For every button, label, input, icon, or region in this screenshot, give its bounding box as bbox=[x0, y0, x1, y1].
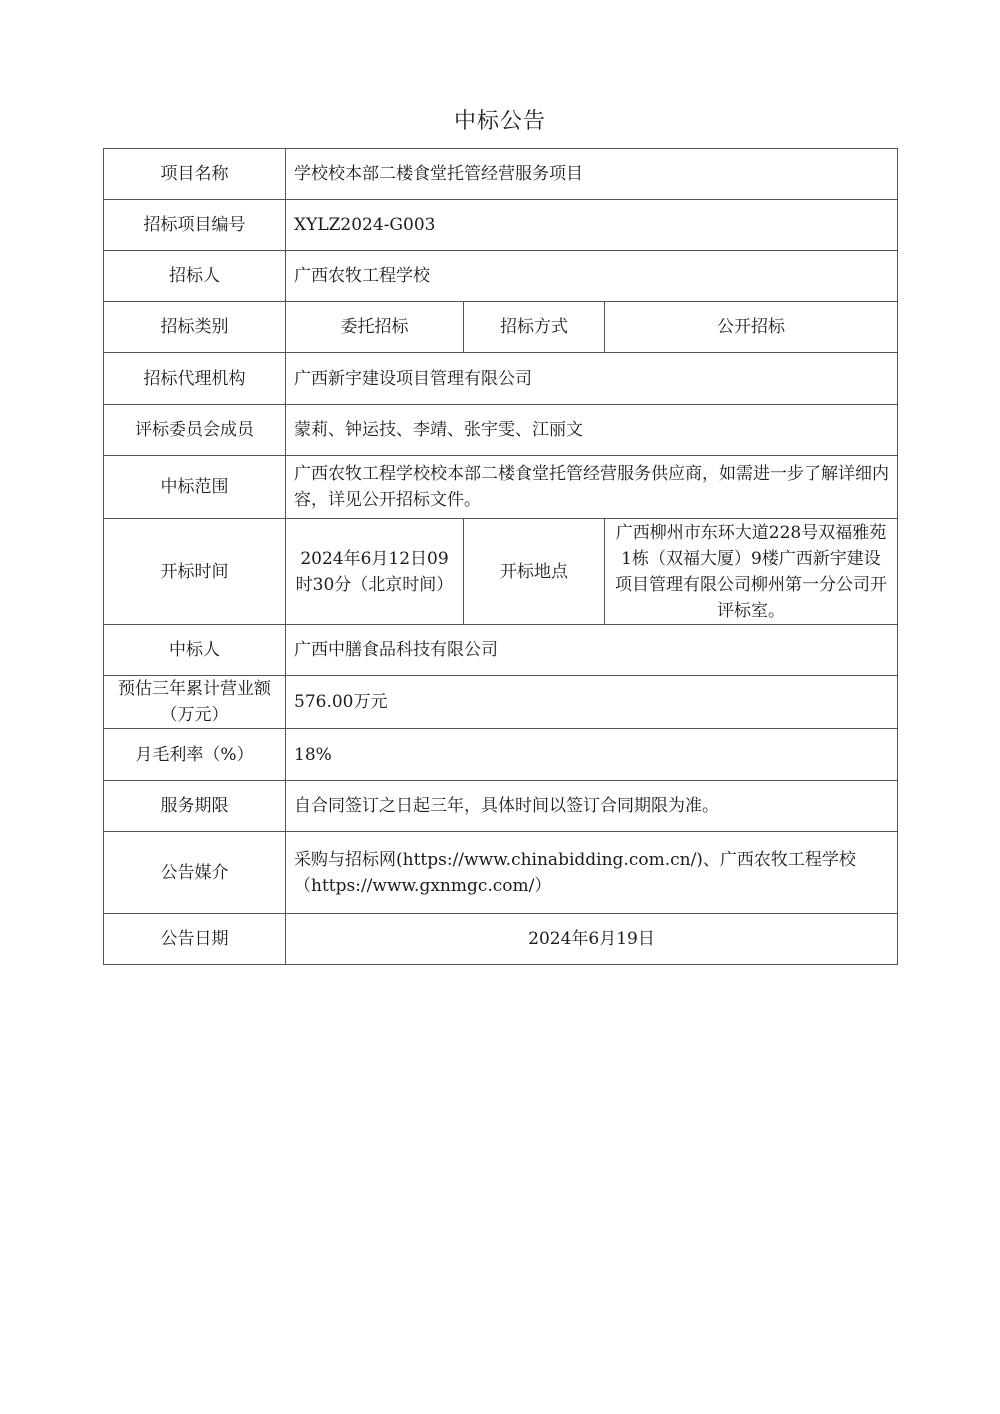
row-project-name: 项目名称 学校校本部二楼食堂托管经营服务项目 bbox=[104, 149, 898, 200]
label-project-name: 项目名称 bbox=[104, 149, 286, 200]
value-method: 公开招标 bbox=[605, 302, 898, 353]
label-agency: 招标代理机构 bbox=[104, 353, 286, 405]
value-period: 自合同签订之日起三年，具体时间以签订合同期限为准。 bbox=[286, 781, 898, 832]
value-margin: 18% bbox=[286, 729, 898, 781]
row-committee: 评标委员会成员 蒙莉、钟运技、李靖、张宇雯、江丽文 bbox=[104, 405, 898, 456]
row-winner: 中标人 广西中膳食品科技有限公司 bbox=[104, 625, 898, 676]
row-period: 服务期限 自合同签订之日起三年，具体时间以签订合同期限为准。 bbox=[104, 781, 898, 832]
row-project-no: 招标项目编号 XYLZ2024-G003 bbox=[104, 200, 898, 251]
label-media: 公告媒介 bbox=[104, 832, 286, 914]
value-scope: 广西农牧工程学校校本部二楼食堂托管经营服务供应商，如需进一步了解详细内容，详见公… bbox=[286, 456, 898, 519]
label-date: 公告日期 bbox=[104, 914, 286, 965]
label-opening-time: 开标时间 bbox=[104, 519, 286, 625]
value-category: 委托招标 bbox=[286, 302, 464, 353]
value-project-no: XYLZ2024-G003 bbox=[286, 200, 898, 251]
label-opening-place: 开标地点 bbox=[464, 519, 605, 625]
row-tenderer: 招标人 广西农牧工程学校 bbox=[104, 251, 898, 302]
label-tenderer: 招标人 bbox=[104, 251, 286, 302]
row-opening: 开标时间 2024年6月12日09时30分（北京时间） 开标地点 广西柳州市东环… bbox=[104, 519, 898, 625]
label-winner: 中标人 bbox=[104, 625, 286, 676]
value-turnover: 576.00万元 bbox=[286, 676, 898, 729]
row-category: 招标类别 委托招标 招标方式 公开招标 bbox=[104, 302, 898, 353]
label-project-no: 招标项目编号 bbox=[104, 200, 286, 251]
value-tenderer: 广西农牧工程学校 bbox=[286, 251, 898, 302]
row-scope: 中标范围 广西农牧工程学校校本部二楼食堂托管经营服务供应商，如需进一步了解详细内… bbox=[104, 456, 898, 519]
label-method: 招标方式 bbox=[464, 302, 605, 353]
value-winner: 广西中膳食品科技有限公司 bbox=[286, 625, 898, 676]
value-committee: 蒙莉、钟运技、李靖、张宇雯、江丽文 bbox=[286, 405, 898, 456]
row-date: 公告日期 2024年6月19日 bbox=[104, 914, 898, 965]
row-agency: 招标代理机构 广西新宇建设项目管理有限公司 bbox=[104, 353, 898, 405]
award-notice-table: 项目名称 学校校本部二楼食堂托管经营服务项目 招标项目编号 XYLZ2024-G… bbox=[103, 148, 898, 965]
row-margin: 月毛利率（%） 18% bbox=[104, 729, 898, 781]
value-project-name: 学校校本部二楼食堂托管经营服务项目 bbox=[286, 149, 898, 200]
document-title: 中标公告 bbox=[0, 104, 1000, 135]
row-media: 公告媒介 采购与招标网(https://www.chinabidding.com… bbox=[104, 832, 898, 914]
value-date: 2024年6月19日 bbox=[286, 914, 898, 965]
label-period: 服务期限 bbox=[104, 781, 286, 832]
label-scope: 中标范围 bbox=[104, 456, 286, 519]
label-committee: 评标委员会成员 bbox=[104, 405, 286, 456]
label-category: 招标类别 bbox=[104, 302, 286, 353]
value-opening-time: 2024年6月12日09时30分（北京时间） bbox=[286, 519, 464, 625]
value-opening-place: 广西柳州市东环大道228号双福雅苑1栋（双福大厦）9楼广西新宇建设项目管理有限公… bbox=[605, 519, 898, 625]
row-turnover: 预估三年累计营业额（万元） 576.00万元 bbox=[104, 676, 898, 729]
value-agency: 广西新宇建设项目管理有限公司 bbox=[286, 353, 898, 405]
value-media: 采购与招标网(https://www.chinabidding.com.cn/)… bbox=[286, 832, 898, 914]
label-margin: 月毛利率（%） bbox=[104, 729, 286, 781]
label-turnover: 预估三年累计营业额（万元） bbox=[104, 676, 286, 729]
